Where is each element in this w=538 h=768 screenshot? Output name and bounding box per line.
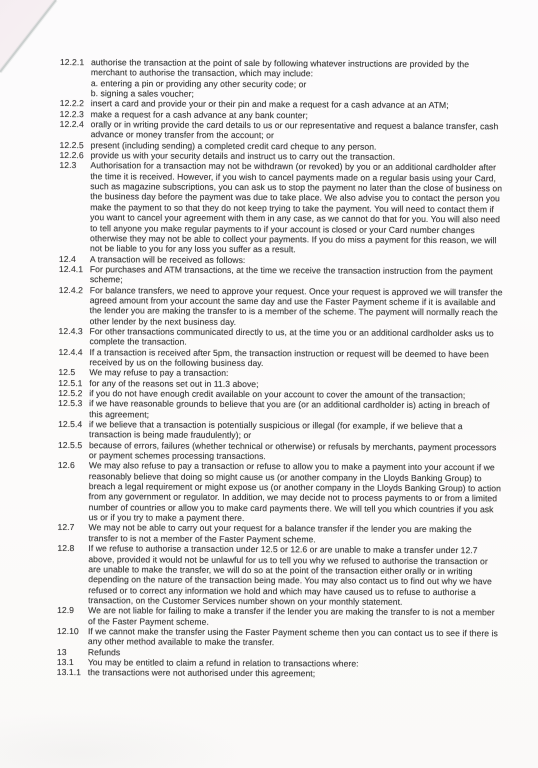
clause-text: if we have reasonable grounds to believe… bbox=[89, 399, 503, 422]
clause-main-text: Refunds bbox=[88, 647, 120, 657]
clause-text: We may not be able to carry out your req… bbox=[88, 523, 502, 546]
clause-row: 12.10 If we cannot make the transfer usi… bbox=[0, 626, 535, 650]
clause-text: authorise the transaction at the point o… bbox=[91, 57, 505, 101]
clause-number: 12.2.3 bbox=[60, 109, 91, 120]
clause-main-text: for any of the reasons set out in 11.3 a… bbox=[89, 378, 258, 389]
clause-number: 13.1 bbox=[57, 657, 88, 668]
clause-number: 12.2.6 bbox=[59, 150, 90, 161]
clause-row: 12.7 We may not be able to carry out you… bbox=[0, 522, 536, 546]
clause-row: 12.9 We are not liable for failing to ma… bbox=[0, 605, 535, 629]
clause-main-text: We may refuse to pay a transaction: bbox=[89, 367, 228, 378]
clause-row: 12.5.3 if we have reasonable grounds to … bbox=[0, 398, 536, 422]
clause-main-text: For balance transfers, we need to approv… bbox=[90, 285, 503, 327]
clause-number: 12.5.1 bbox=[58, 378, 89, 389]
clause-number: 12.6 bbox=[58, 460, 89, 471]
clause-text: If a transaction is received after 5pm, … bbox=[89, 347, 503, 370]
clause-number: 12.4.1 bbox=[59, 264, 90, 275]
clause-number: 12.5.3 bbox=[58, 398, 89, 409]
scanned-page: 12.2.1 authorise the transaction at the … bbox=[0, 0, 538, 768]
clause-row: 12.6 We may also refuse to pay a transac… bbox=[0, 460, 536, 525]
clause-row: 12.5.5 because of errors, failures (whet… bbox=[0, 439, 536, 463]
clause-main-text: make a request for a cash advance at any… bbox=[91, 109, 308, 120]
clause-main-text: For purchases and ATM transactions, at t… bbox=[90, 264, 493, 285]
clause-text: orally or in writing provide the card de… bbox=[91, 119, 505, 142]
clause-number: 12.4 bbox=[59, 254, 90, 265]
clause-number: 12.4.4 bbox=[58, 347, 89, 358]
clause-number: 12.8 bbox=[57, 543, 88, 554]
clause-main-text: If we cannot make the transfer using the… bbox=[88, 626, 498, 647]
clause-number: 12.2.5 bbox=[60, 140, 91, 151]
clause-main-text: if we believe that a transaction is pote… bbox=[89, 419, 463, 440]
clause-main-text: authorise the transaction at the point o… bbox=[91, 57, 469, 79]
clause-text: Authorisation for a transaction may not … bbox=[90, 161, 504, 256]
clause-text: For purchases and ATM transactions, at t… bbox=[90, 264, 504, 287]
clause-number: 12.4.3 bbox=[59, 326, 90, 337]
clause-number: 12.5.4 bbox=[58, 419, 89, 430]
clause-main-text: For other transactions communicated dire… bbox=[89, 326, 493, 347]
clause-row: 12.4.2 For balance transfers, we need to… bbox=[0, 284, 537, 328]
clause-number: 13.1.1 bbox=[57, 667, 88, 678]
clause-main-text: A transaction will be received as follow… bbox=[90, 254, 245, 265]
clause-text: because of errors, failures (whether tec… bbox=[89, 440, 503, 463]
clause-main-text: We may not be able to carry out your req… bbox=[88, 523, 471, 545]
clause-text: We may also refuse to pay a transaction … bbox=[89, 461, 503, 525]
clause-number: 12.3 bbox=[59, 160, 90, 171]
clause-number: 12.2.4 bbox=[60, 119, 91, 130]
clause-row: 12.3 Authorisation for a transaction may… bbox=[0, 160, 537, 256]
clause-main-text: If a transaction is received after 5pm, … bbox=[89, 347, 489, 368]
clause-row: 12.4.3 For other transactions communicat… bbox=[0, 326, 537, 350]
clause-text: For balance transfers, we need to approv… bbox=[90, 285, 504, 329]
clause-main-text: Authorisation for a transaction may not … bbox=[90, 161, 502, 255]
clause-row: 12.4.4 If a transaction is received afte… bbox=[0, 346, 536, 370]
clause-number: 12.9 bbox=[57, 605, 88, 616]
clause-main-text: We are not liable for failing to make a … bbox=[88, 605, 495, 626]
clause-number: 12.4.2 bbox=[59, 285, 90, 296]
clause-number: 12.5.5 bbox=[58, 440, 89, 451]
clause-number: 12.2.1 bbox=[60, 57, 91, 68]
clause-number: 12.2.2 bbox=[60, 98, 91, 109]
clause-text: If we cannot make the transfer using the… bbox=[88, 626, 502, 649]
clause-text: We are not liable for failing to make a … bbox=[88, 605, 502, 628]
clause-text: if we believe that a transaction is pote… bbox=[89, 419, 503, 442]
clause-text: For other transactions communicated dire… bbox=[89, 326, 503, 349]
clause-number: 12.5 bbox=[58, 367, 89, 378]
clause-row: 12.4.1 For purchases and ATM transaction… bbox=[0, 264, 537, 288]
clause-number: 12.7 bbox=[58, 522, 89, 533]
clause-main-text: We may also refuse to pay a transaction … bbox=[89, 461, 501, 524]
clause-number: 13 bbox=[57, 647, 88, 658]
clause-text: the transactions were not authorised und… bbox=[88, 667, 502, 680]
clause-row: 12.2.1 authorise the transaction at the … bbox=[0, 57, 538, 101]
clause-main-text: because of errors, failures (whether tec… bbox=[89, 440, 497, 461]
clause-text: If we refuse to authorise a transaction … bbox=[88, 543, 502, 607]
clause-main-text: orally or in writing provide the card de… bbox=[91, 119, 499, 140]
clause-main-text: the transactions were not authorised und… bbox=[88, 667, 315, 678]
clause-number: 12.10 bbox=[57, 626, 88, 637]
clause-row: 12.2.4 orally or in writing provide the … bbox=[0, 119, 538, 143]
clause-main-text: if we have reasonable grounds to believe… bbox=[89, 399, 489, 420]
clause-row: 12.8 If we refuse to authorise a transac… bbox=[0, 543, 535, 608]
clause-number: 12.5.2 bbox=[58, 388, 89, 399]
clause-main-text: If we refuse to authorise a transaction … bbox=[88, 543, 492, 606]
document-body: 12.2.1 authorise the transaction at the … bbox=[0, 57, 538, 680]
clause-row: 12.5.4 if we believe that a transaction … bbox=[0, 419, 536, 443]
clause-row: 13.1.1 the transactions were not authori… bbox=[0, 667, 535, 680]
